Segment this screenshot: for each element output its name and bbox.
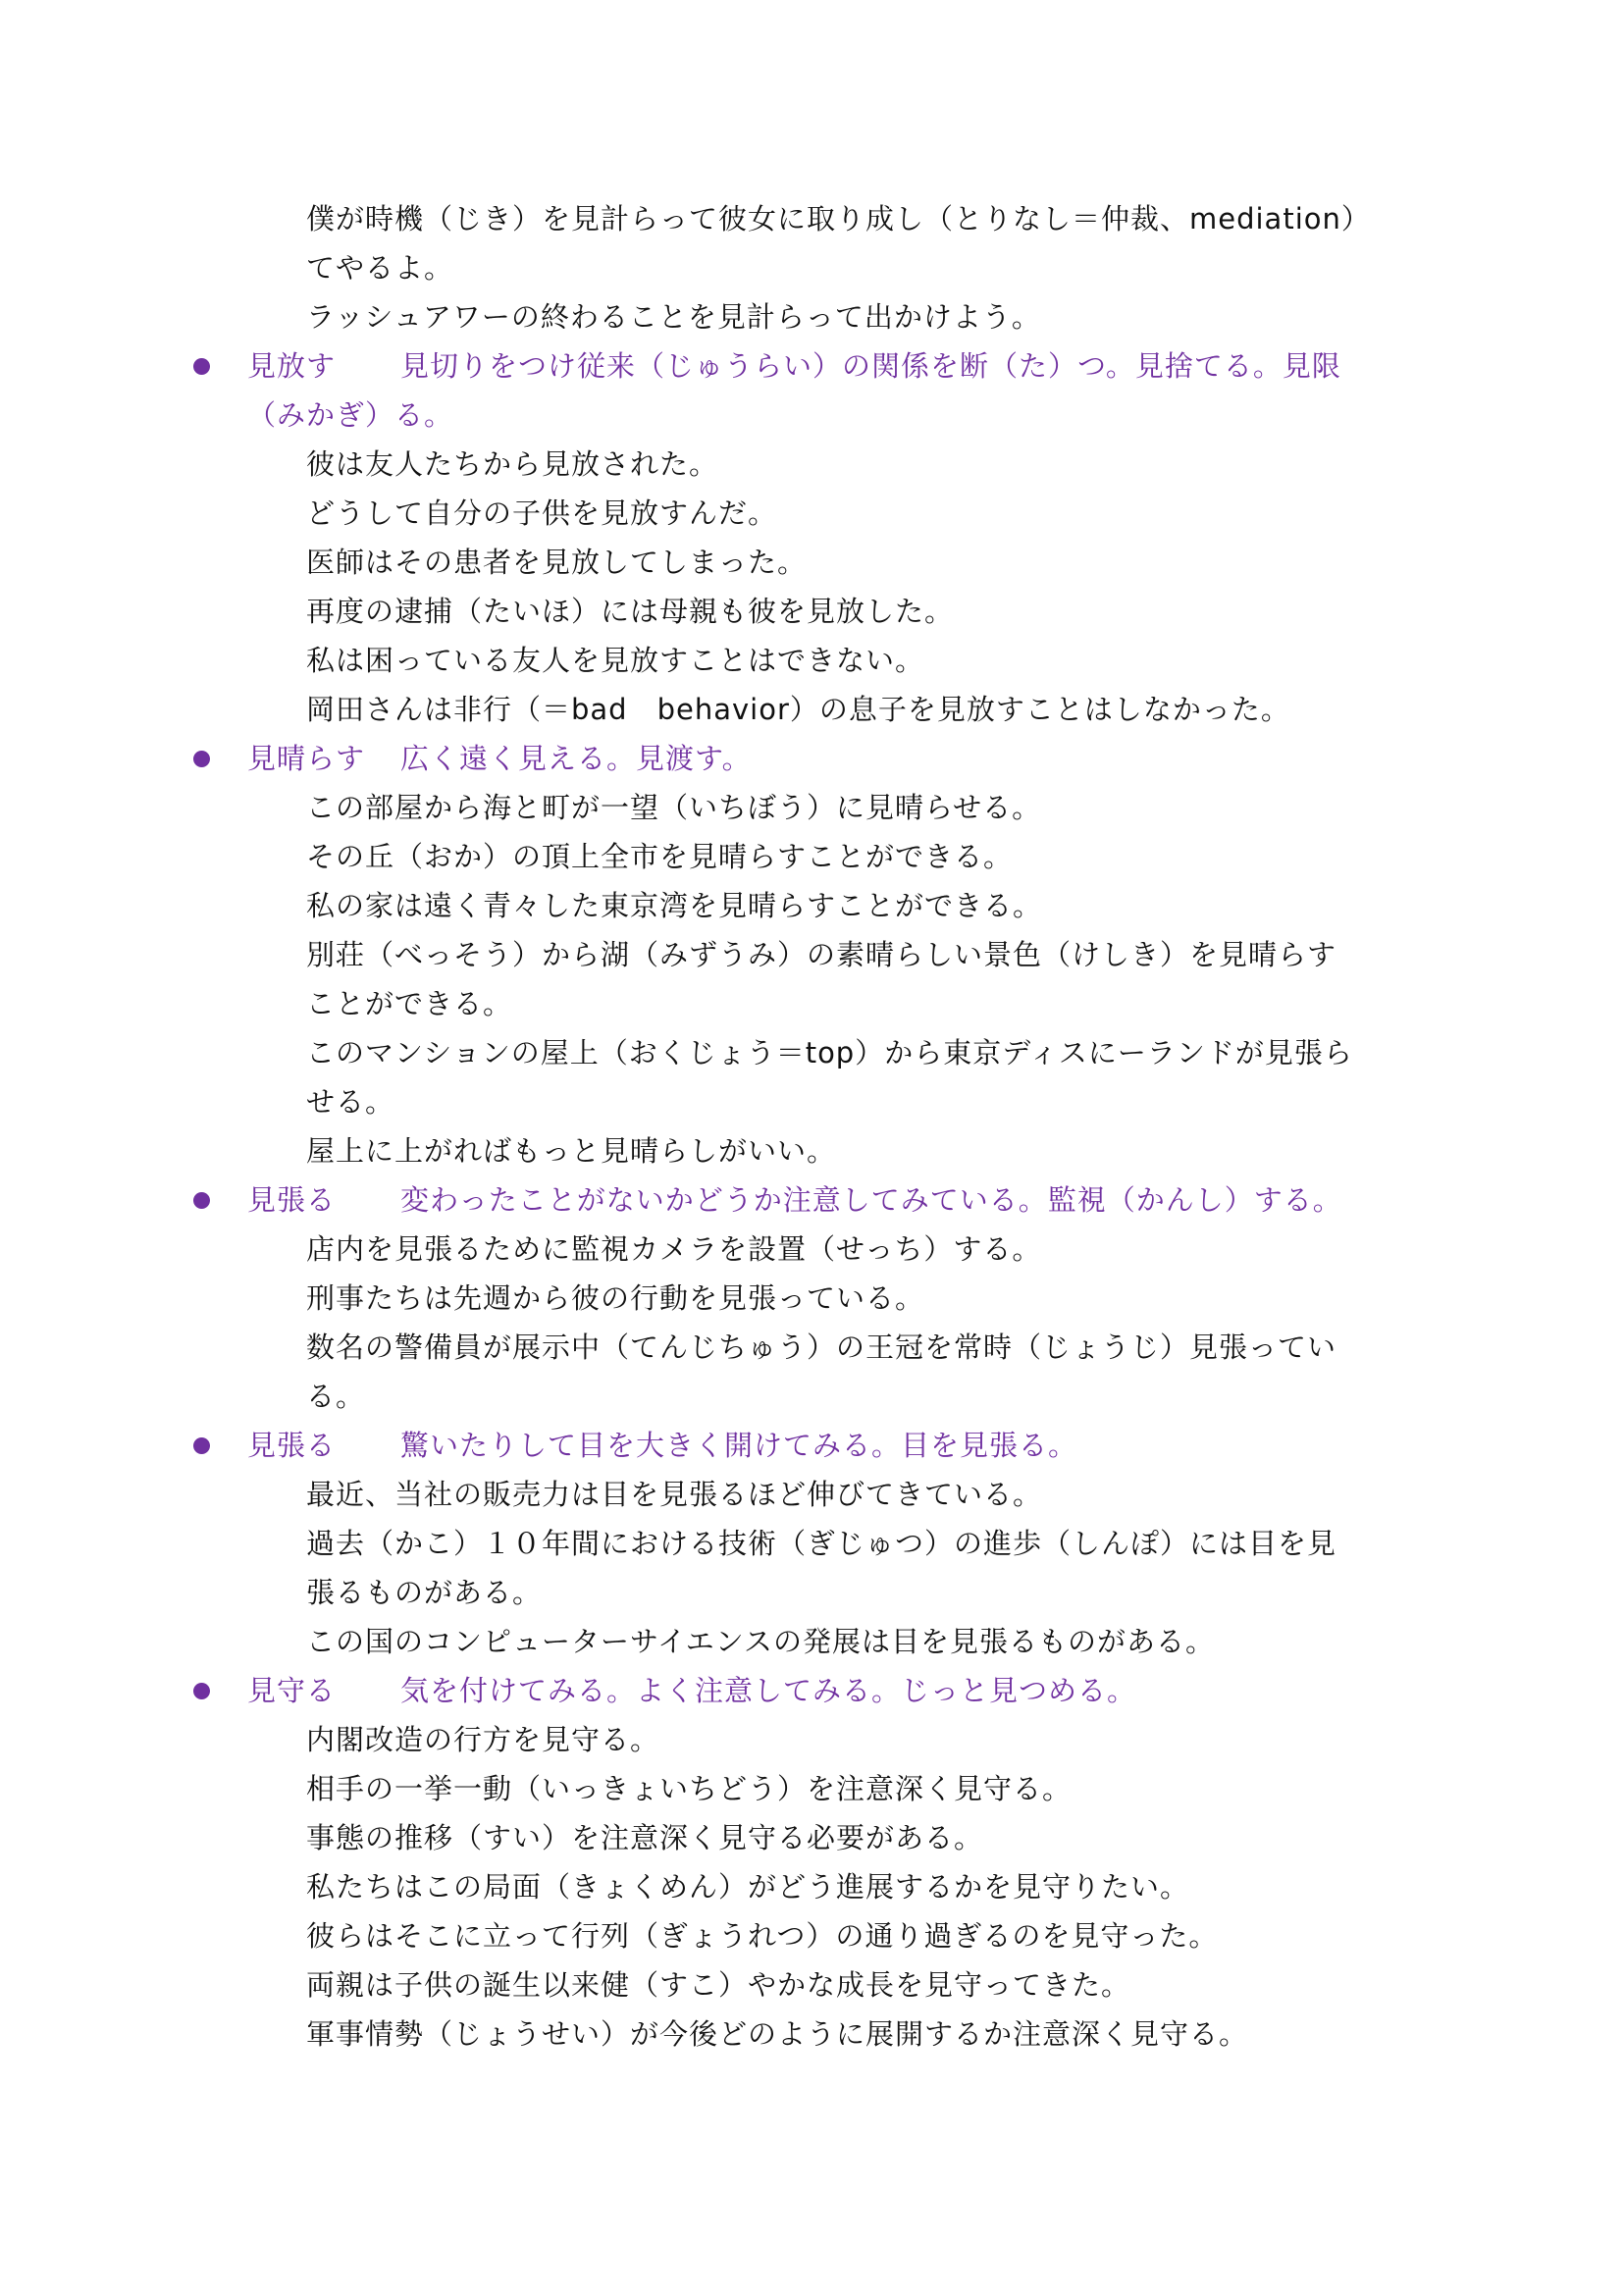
example-line: 数名の警備員が展示中（てんじちゅう）の王冠を常時（じょうじ）見張ってい [0,1323,1624,1372]
example-line: 彼は友人たちから見放された。 [0,440,1624,489]
entry-definition: 驚いたりして目を大きく開けてみる。目を見張る。 [400,1429,1077,1462]
example-line: その丘（おか）の頂上全市を見晴らすことができる。 [0,832,1624,881]
example-line: どうして自分の子供を見放すんだ。 [0,489,1624,538]
intro-line: てやるよ。 [0,243,1624,292]
example-line: 彼らはそこに立って行列（ぎょうれつ）の通り過ぎるのを見守った。 [0,1911,1624,1960]
entry-heading: 見張る変わったことがないかどうか注意してみている。監視（かんし）する。 [0,1175,1624,1225]
entry-term: 見守る [247,1666,400,1715]
example-line: 張るものがある。 [0,1568,1624,1617]
example-line: 再度の逮捕（たいほ）には母親も彼を見放した。 [0,587,1624,636]
example-line: この国のコンピューターサイエンスの発展は目を見張るものがある。 [0,1617,1624,1666]
document-page: 僕が時機（じき）を見計らって彼女に取り成し（とりなし＝仲裁、mediation）… [0,194,1624,2059]
example-line: せる。 [0,1077,1624,1126]
example-line: 私は困っている友人を見放すことはできない。 [0,636,1624,685]
entry-term: 見張る [247,1175,400,1225]
intro-line: ラッシュアワーの終わることを見計らって出かけよう。 [0,292,1624,341]
entry-heading: 見張る驚いたりして目を大きく開けてみる。目を見張る。 [0,1421,1624,1470]
example-line: る。 [0,1372,1624,1421]
bullet-icon [193,1192,210,1209]
example-line: 医師はその患者を見放してしまった。 [0,538,1624,587]
bullet-icon [193,751,210,767]
bullet-icon [193,1437,210,1454]
entry-definition: 変わったことがないかどうか注意してみている。監視（かんし）する。 [400,1183,1342,1217]
example-line: 内閣改造の行方を見守る。 [0,1715,1624,1764]
example-line: 別荘（べっそう）から湖（みずうみ）の素晴らしい景色（けしき）を見晴らす [0,930,1624,979]
example-line: 相手の一挙一動（いっきょいちどう）を注意深く見守る。 [0,1764,1624,1813]
example-line: 最近、当社の販売力は目を見張るほど伸びてきている。 [0,1470,1624,1519]
example-line: 両親は子供の誕生以来健（すこ）やかな成長を見守ってきた。 [0,1960,1624,2009]
example-line: 軍事情勢（じょうせい）が今後どのように展開するか注意深く見守る。 [0,2009,1624,2059]
example-line: ことができる。 [0,979,1624,1028]
example-line: 店内を見張るために監視カメラを設置（せっち）する。 [0,1225,1624,1274]
entry-heading: 見晴らす広く遠く見える。見渡す。 [0,734,1624,783]
example-line: この部屋から海と町が一望（いちぼう）に見晴らせる。 [0,783,1624,832]
entry-definition: 見切りをつけ従来（じゅうらい）の関係を断（た）つ。見捨てる。見限 [400,349,1341,383]
bullet-icon [193,358,210,375]
bullet-icon [193,1683,210,1699]
entry-heading: 見放す見切りをつけ従来（じゅうらい）の関係を断（た）つ。見捨てる。見限 [0,341,1624,391]
example-line: 私の家は遠く青々した東京湾を見晴らすことができる。 [0,881,1624,930]
example-line: このマンションの屋上（おくじょう＝top）から東京ディスにーランドが見張ら [0,1028,1624,1077]
example-line: 過去（かこ）１０年間における技術（ぎじゅつ）の進歩（しんぽ）には目を見 [0,1519,1624,1568]
example-line: 屋上に上がればもっと見晴らしがいい。 [0,1126,1624,1175]
entry-definition-continued: （みかぎ）る。 [0,391,1624,440]
intro-line: 僕が時機（じき）を見計らって彼女に取り成し（とりなし＝仲裁、mediation） [0,194,1624,243]
entry-term: 見張る [247,1421,400,1470]
entry-heading: 見守る気を付けてみる。よく注意してみる。じっと見つめる。 [0,1666,1624,1715]
entry-definition: 気を付けてみる。よく注意してみる。じっと見つめる。 [400,1674,1136,1707]
example-line: 私たちはこの局面（きょくめん）がどう進展するかを見守りたい。 [0,1862,1624,1911]
entry-term: 見放す [247,341,400,391]
example-line: 岡田さんは非行（＝bad behavior）の息子を見放すことはしなかった。 [0,685,1624,734]
example-line: 刑事たちは先週から彼の行動を見張っている。 [0,1274,1624,1323]
entry-term: 見晴らす [247,734,400,783]
example-line: 事態の推移（すい）を注意深く見守る必要がある。 [0,1813,1624,1862]
entry-definition: 広く遠く見える。見渡す。 [400,742,752,775]
